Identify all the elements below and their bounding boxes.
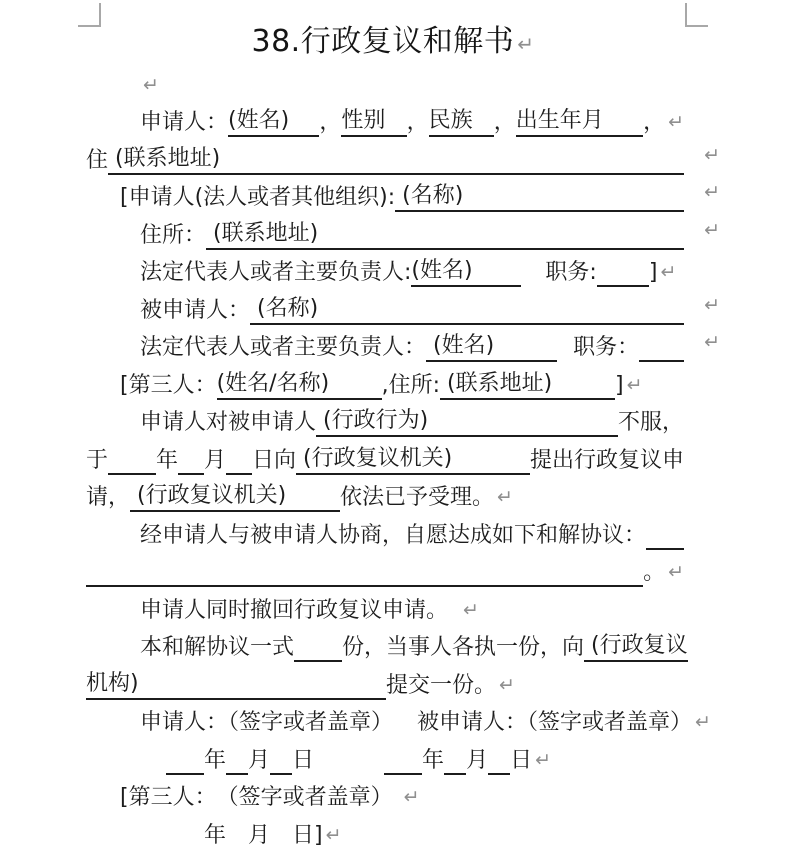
- doc-text: 年: [156, 446, 178, 475]
- doc-text: 申请人对被申请人: [140, 408, 316, 437]
- doc-line: 住 (联系地址)↵: [86, 137, 684, 175]
- doc-text: 住: [86, 146, 108, 175]
- doc-text: 住所：: [140, 221, 206, 250]
- doc-text: 于: [86, 446, 108, 475]
- doc-text: 日: [510, 746, 532, 775]
- paragraph-mark-icon: ↵: [704, 178, 720, 207]
- doc-text: 经申请人与被申请人协商，自愿达成如下和解协议：: [140, 521, 646, 550]
- paragraph-mark-icon: ↵: [627, 371, 643, 400]
- doc-line: 经申请人与被申请人协商，自愿达成如下和解协议：: [86, 512, 684, 550]
- fill-in-blank: (名称): [395, 181, 684, 212]
- doc-text: ,住所:: [382, 371, 440, 400]
- doc-line: [第三人：(姓名/名称),住所: (联系地址)]↵: [86, 362, 684, 400]
- doc-text: 年: [422, 746, 444, 775]
- doc-text: 法定代表人或者主要负责人：: [140, 333, 426, 362]
- paragraph-mark-icon: ↵: [535, 746, 551, 775]
- doc-text: 月: [248, 746, 270, 775]
- doc-text: 年: [204, 746, 226, 775]
- doc-text: 月: [248, 821, 270, 846]
- doc-line: [申请人(法人或者其他组织): (名称)↵: [86, 175, 684, 213]
- doc-line: 请， (行政复议机关) 依法已予受理。↵: [86, 475, 684, 513]
- doc-line: 法定代表人或者主要负责人： (姓名) 职务：↵: [86, 325, 684, 363]
- doc-text: 日向: [252, 446, 296, 475]
- fill-in-blank: 民族: [429, 106, 494, 137]
- paragraph-mark-icon: ↵: [463, 596, 479, 625]
- doc-line: 年月日年月日↵: [86, 737, 684, 775]
- doc-text: ，: [494, 108, 516, 137]
- paragraph-mark-icon: ↵: [660, 258, 676, 287]
- paragraph-mark-icon: ↵: [517, 32, 534, 56]
- doc-text: 被申请人：（签字或者盖章）: [417, 708, 692, 737]
- doc-text: 日: [292, 746, 314, 775]
- doc-text: [第三人：: [120, 783, 217, 812]
- paragraph-mark-icon: ↵: [704, 291, 720, 320]
- doc-text: 申请人：（签字或者盖章）: [140, 708, 393, 737]
- doc-text: 日]: [292, 821, 323, 846]
- doc-line: 被申请人： (名称)↵: [86, 287, 684, 325]
- doc-text: 本和解协议一式: [140, 633, 294, 662]
- paragraph-mark-icon: ↵: [404, 783, 420, 812]
- fill-in-blank: (姓名/名称): [217, 369, 382, 400]
- doc-text: （签字或者盖章）: [217, 783, 393, 812]
- doc-line: 本和解协议一式份，当事人各执一份，向 (行政复议: [86, 625, 684, 663]
- doc-text: ，: [319, 108, 341, 137]
- fill-in-blank: 性别: [341, 106, 406, 137]
- doc-text: 法定代表人或者主要负责人:: [140, 258, 411, 287]
- doc-line: 申请人同时撤回行政复议申请。↵: [86, 587, 684, 625]
- doc-text: [第三人：: [120, 371, 217, 400]
- paragraph-mark-icon: ↵: [143, 71, 159, 100]
- paragraph-mark-icon: ↵: [668, 558, 684, 587]
- fill-in-blank: (姓名): [411, 256, 521, 287]
- doc-text: 职务:: [545, 258, 596, 287]
- doc-text: 申请人同时撤回行政复议申请。: [140, 596, 448, 625]
- paragraph-mark-icon: ↵: [668, 108, 684, 137]
- doc-text: 。: [643, 558, 665, 587]
- paragraph-mark-icon: ↵: [326, 821, 342, 846]
- doc-text: 月: [204, 446, 226, 475]
- doc-line: 申请人：(姓名)，性别，民族，出生年月，↵: [86, 100, 684, 138]
- paragraph-mark-icon: ↵: [695, 708, 711, 737]
- doc-line: 住所： (联系地址)↵: [86, 212, 684, 250]
- doc-line: [第三人：（签字或者盖章）↵: [86, 775, 684, 813]
- doc-text: 月: [466, 746, 488, 775]
- fill-in-blank: (行政复议机关): [130, 481, 340, 512]
- doc-text: ]: [615, 371, 624, 400]
- fill-in-blank: (联系地址): [206, 219, 684, 250]
- doc-text: 不服，: [618, 408, 684, 437]
- fill-in-blank: (联系地址): [440, 369, 615, 400]
- doc-text: ，: [407, 108, 429, 137]
- document-body: ↵申请人：(姓名)，性别，民族，出生年月，↵住 (联系地址)↵[申请人(法人或者…: [86, 62, 684, 846]
- doc-text: ]: [649, 258, 658, 287]
- fill-in-blank: (行政复议: [584, 631, 688, 662]
- paragraph-mark-icon: ↵: [704, 141, 720, 170]
- fill-in-blank: 机构): [86, 669, 386, 700]
- doc-text: 年: [204, 821, 226, 846]
- doc-line: 申请人：（签字或者盖章）被申请人：（签字或者盖章）↵: [86, 700, 684, 738]
- paragraph-mark-icon: ↵: [704, 328, 720, 357]
- doc-line: 法定代表人或者主要负责人:(姓名)职务:]↵: [86, 250, 684, 288]
- doc-text: 申请人：: [140, 108, 228, 137]
- doc-text: 请，: [86, 483, 130, 512]
- doc-line: 机构)提交一份。↵: [86, 662, 684, 700]
- fill-in-blank: (姓名): [228, 106, 319, 137]
- paragraph-mark-icon: ↵: [497, 483, 513, 512]
- doc-line: 年月日]↵: [86, 812, 684, 846]
- doc-line: 申请人对被申请人 (行政行为)不服，: [86, 400, 684, 438]
- doc-text: 职务：: [573, 333, 639, 362]
- doc-text: [申请人(法人或者其他组织):: [120, 183, 395, 212]
- paragraph-mark-icon: ↵: [704, 216, 720, 245]
- doc-text: 依法已予受理。: [340, 483, 494, 512]
- fill-in-blank: (名称): [250, 294, 684, 325]
- fill-in-blank: (行政复议机关): [296, 444, 530, 475]
- doc-text: 提交一份。: [386, 671, 496, 700]
- fill-in-blank: (姓名): [426, 331, 557, 362]
- doc-text: 份，当事人各执一份，向: [342, 633, 584, 662]
- document-title-text: 38.行政复议和解书: [252, 24, 515, 59]
- doc-text: 被申请人：: [140, 296, 250, 325]
- document-title: 38.行政复议和解书↵: [0, 22, 786, 62]
- doc-text: ，: [643, 108, 665, 137]
- doc-line: 于年月日向 (行政复议机关)提出行政复议申: [86, 437, 684, 475]
- fill-in-blank: (联系地址): [108, 144, 684, 175]
- doc-line: 。↵: [86, 550, 684, 588]
- doc-text: 提出行政复议申: [530, 446, 684, 475]
- fill-in-blank: (行政行为): [316, 406, 618, 437]
- paragraph-mark-icon: ↵: [499, 671, 515, 700]
- word-document-page: { "document": { "title": "38.行政复议和解书", "…: [0, 0, 786, 846]
- fill-in-blank: 出生年月: [516, 106, 643, 137]
- doc-line: ↵: [86, 62, 684, 100]
